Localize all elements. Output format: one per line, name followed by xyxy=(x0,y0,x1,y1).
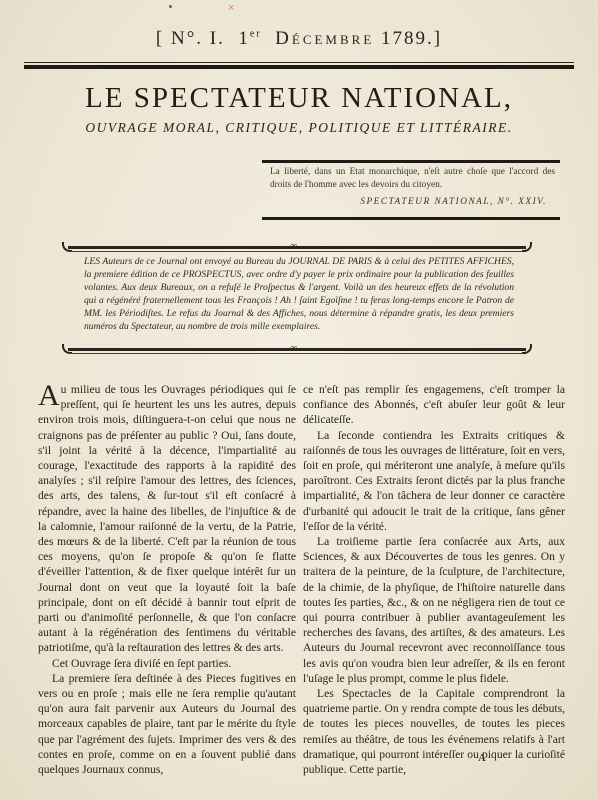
issue-dateline: [ N°. I. 1er Décembre 1789.] xyxy=(0,28,598,50)
ornamental-rule-top: ∞ xyxy=(62,242,532,254)
body-column-right: ce n'eſt pas remplir ſes engagemens, c'e… xyxy=(303,382,565,777)
paragraph: Cet Ouvrage ſera diviſé en ſept parties. xyxy=(38,656,296,671)
issue-month: Décembre xyxy=(275,28,374,49)
paragraph: La troiſieme partie ſera conſacrée aux A… xyxy=(303,534,565,686)
paragraph: La premiere ſera deſtinée à des Pieces f… xyxy=(38,671,296,777)
ornamental-rule-bottom: ∞ xyxy=(62,344,532,356)
header-double-rule xyxy=(24,62,574,69)
signature-mark: A xyxy=(478,752,486,764)
epigraph-top-rule xyxy=(262,160,560,163)
paragraph: Les Spectacles de la Capitale comprendro… xyxy=(303,686,565,777)
body-column-left: Au milieu de tous les Ouvrages périodiqu… xyxy=(38,382,296,777)
epigraph-source: SPECTATEUR NATIONAL, N°. XXIV. xyxy=(270,196,555,209)
masthead-title: LE SPECTATEUR NATIONAL, xyxy=(0,82,598,115)
bracket-close: ] xyxy=(434,28,442,49)
paragraph: La ſeconde contiendra les Extraits criti… xyxy=(303,428,565,534)
bracket-open: [ xyxy=(156,28,164,49)
knot-ornament-icon: ∞ xyxy=(290,344,297,354)
issue-year: 1789. xyxy=(381,28,434,49)
knot-ornament-icon: ∞ xyxy=(290,242,297,252)
paragraph: u milieu de tous les Ouvrages périodique… xyxy=(38,383,296,654)
ink-speck xyxy=(169,5,172,8)
issue-number: N°. I. xyxy=(171,28,225,49)
issue-day-suffix: er xyxy=(250,29,262,40)
epigraph: La liberté, dans un Etat monarchique, n'… xyxy=(270,166,555,209)
pencil-mark: × xyxy=(228,2,234,14)
drop-cap: A xyxy=(38,382,60,408)
masthead-subtitle: OUVRAGE MORAL, CRITIQUE, POLITIQUE ET LI… xyxy=(0,120,598,136)
publisher-notice: LES Auteurs de ce Journal ont envoyé au … xyxy=(84,256,514,333)
epigraph-text: La liberté, dans un Etat monarchique, n'… xyxy=(270,167,555,190)
newspaper-page: × [ N°. I. 1er Décembre 1789.] LE SPECTA… xyxy=(0,0,598,800)
epigraph-bottom-rule xyxy=(262,217,560,220)
issue-day: 1 xyxy=(238,28,250,49)
paragraph: ce n'eſt pas remplir ſes engagemens, c'e… xyxy=(303,382,565,428)
